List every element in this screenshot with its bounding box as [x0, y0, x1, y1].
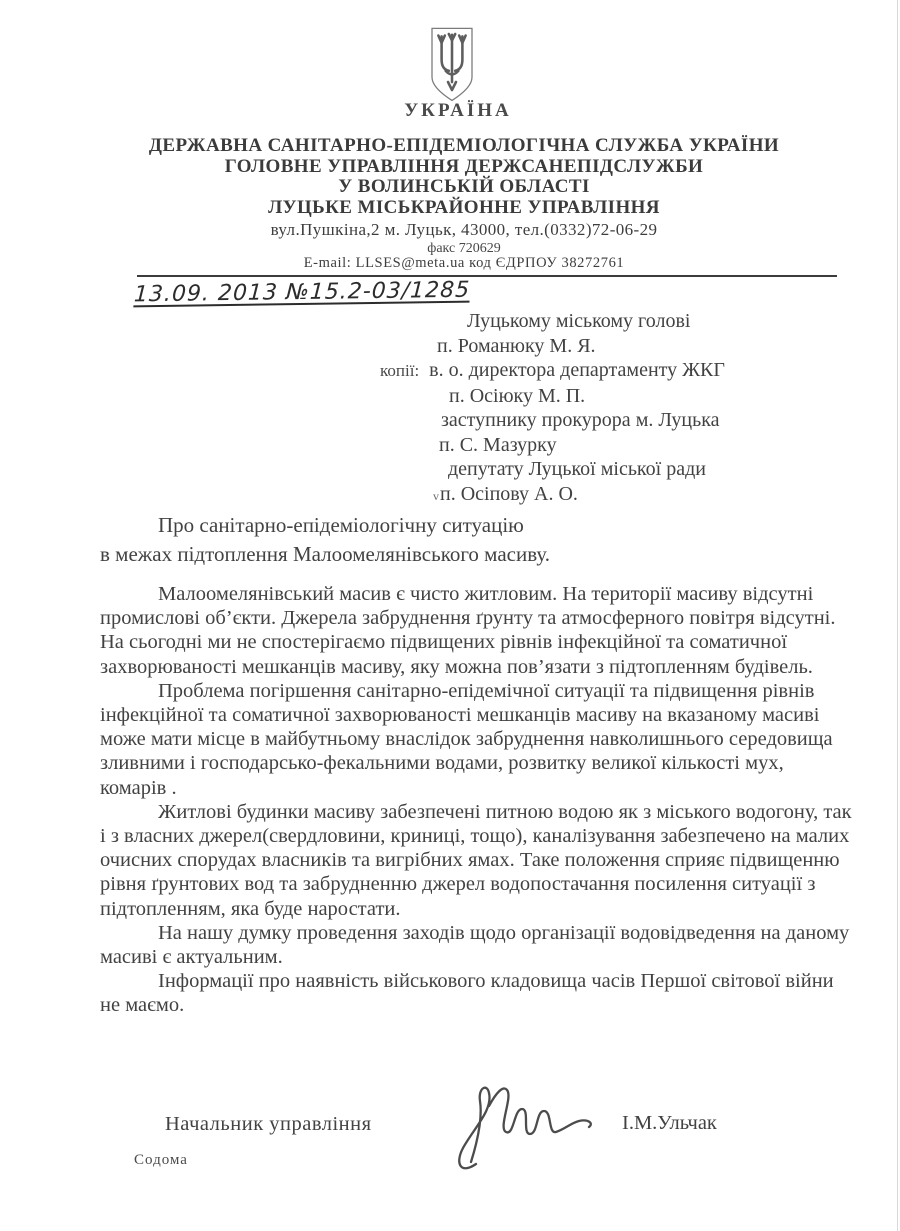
addressee-copy-line: заступнику прокурора м. Луцька	[0, 408, 900, 433]
country-label: УКРАЇНА	[0, 100, 900, 122]
org-line-3: У ВОЛИНСЬКІЙ ОБЛАСТІ	[14, 177, 900, 198]
handwritten-checkmark: v	[433, 489, 439, 503]
copy-recipient: п. Осіпову А. О.	[440, 483, 578, 505]
addressee-to-line: Луцькому міському голові	[0, 309, 900, 334]
header-divider	[137, 275, 837, 277]
paragraph-4: На нашу думку проведення заходів щодо ор…	[100, 921, 852, 969]
tryzub-emblem-icon	[418, 26, 486, 106]
subject-block: Про санітарно-епідеміологічну ситуацію в…	[100, 511, 860, 568]
addressee-copy-name: п. Осіюку М. П.	[0, 384, 900, 409]
scanned-letter-page: УКРАЇНА ДЕРЖАВНА САНІТАРНО-ЕПІДЕМІОЛОГІЧ…	[0, 0, 900, 1231]
signatory-name: І.М.Ульчак	[622, 1112, 717, 1135]
handwritten-ref-number: 13.09. 2013 №15.2-03/1285	[133, 278, 471, 308]
addressee-copy-name: п. С. Мазурку	[0, 433, 900, 458]
addressee-to-name: п. Романюку М. Я.	[0, 334, 900, 359]
paragraph-2: Проблема погіршення санітарно-епідемічно…	[100, 679, 852, 800]
subject-line-2: в межах підтоплення Малоомелянівського м…	[100, 540, 860, 569]
addressee-copy-line: копії: в. о. директора департаменту ЖКГ	[0, 358, 900, 384]
clerk-name: Содома	[134, 1152, 188, 1169]
paragraph-1: Малоомелянівський масив є чисто житловим…	[100, 582, 852, 679]
copy-recipient: в. о. директора департаменту ЖКГ	[429, 359, 725, 381]
signatory-title: Начальник управління	[165, 1113, 372, 1136]
copies-label: копії:	[380, 359, 419, 384]
org-address: вул.Пушкіна,2 м. Луцьк, 43000, тел.(0332…	[0, 220, 900, 240]
org-line-4: ЛУЦЬКЕ МІСЬКРАЙОННЕ УПРАВЛІННЯ	[14, 198, 900, 219]
addressee-copy-name: vп. Осіпову А. О.	[0, 482, 900, 509]
subject-line-1: Про санітарно-епідеміологічну ситуацію	[100, 511, 860, 540]
addressee-block: Луцькому міському голові п. Романюку М. …	[0, 309, 900, 508]
org-line-1: ДЕРЖАВНА САНІТАРНО-ЕПІДЕМІОЛОГІЧНА СЛУЖБ…	[14, 136, 900, 157]
scan-edge-artifact	[897, 0, 898, 1231]
paragraph-5: Інформації про наявність військового кла…	[100, 969, 852, 1017]
handwritten-signature	[448, 1076, 618, 1176]
addressee-copy-line: депутату Луцької міської ради	[0, 457, 900, 482]
org-email: E-mail: LLSES@meta.ua код ЄДРПОУ 3827276…	[0, 255, 900, 272]
org-header: ДЕРЖАВНА САНІТАРНО-ЕПІДЕМІОЛОГІЧНА СЛУЖБ…	[0, 136, 900, 218]
org-line-2: ГОЛОВНЕ УПРАВЛІННЯ ДЕРЖСАНЕПІДСЛУЖБИ	[14, 157, 900, 178]
paragraph-3: Житлові будинки масиву забезпечені питно…	[100, 800, 852, 921]
letter-body: Малоомелянівський масив є чисто житловим…	[100, 582, 852, 1018]
